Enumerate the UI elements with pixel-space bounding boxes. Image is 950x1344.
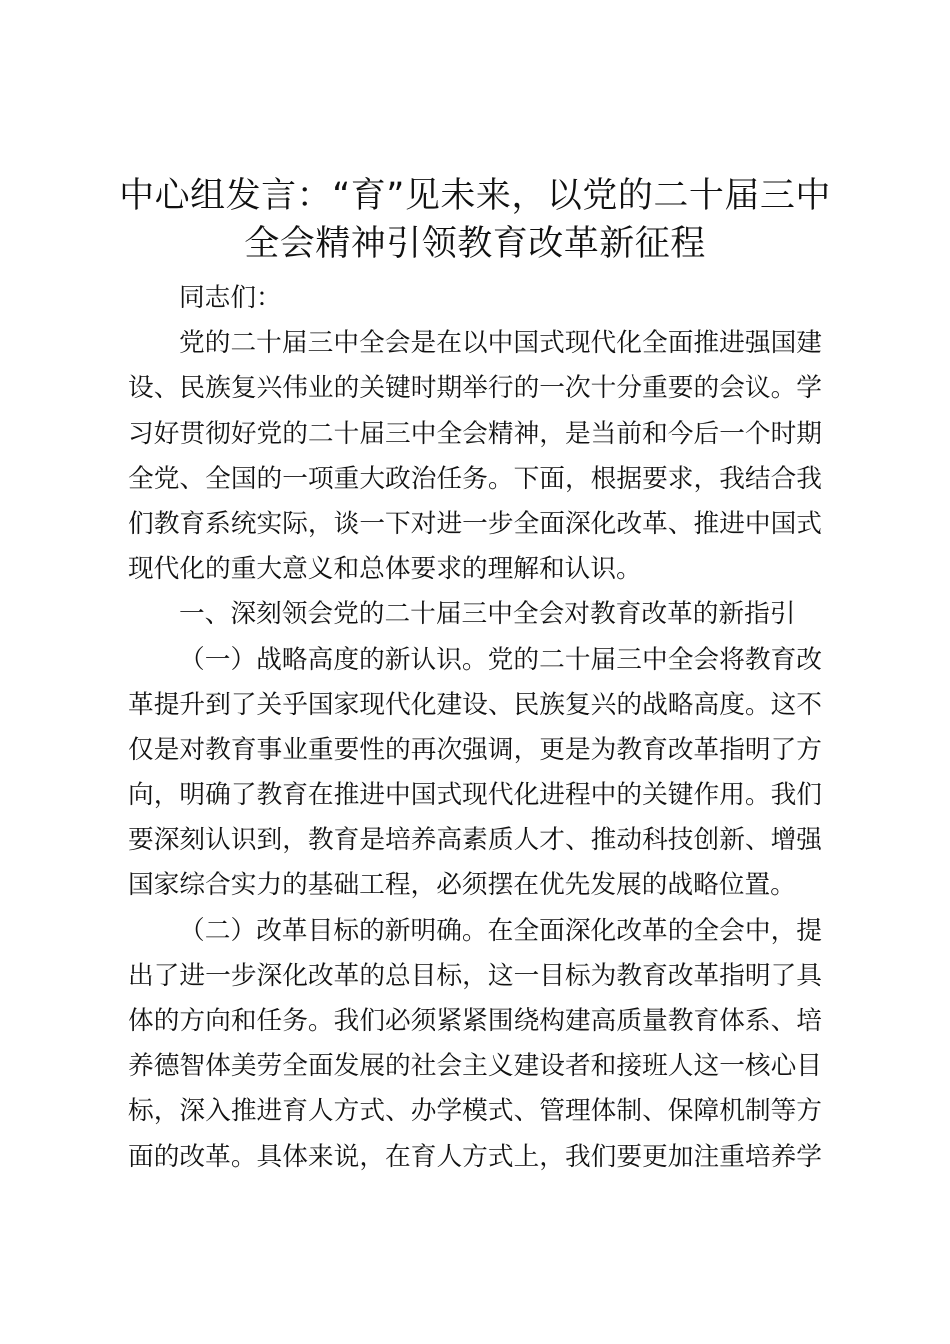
paragraph-line: 设、民族复兴伟业的关键时期举行的一次十分重要的会议。学 <box>128 366 822 411</box>
paragraph-line: 要深刻认识到，教育是培养高素质人才、推动科技创新、增强 <box>128 818 822 863</box>
paragraph-line: （一）战略高度的新认识。党的二十届三中全会将教育改 <box>128 638 822 683</box>
paragraph-line: 体的方向和任务。我们必须紧紧围绕构建高质量教育体系、培 <box>128 999 822 1044</box>
paragraph-line: 出了进一步深化改革的总目标，这一目标为教育改革指明了具 <box>128 954 822 999</box>
title-line-2: 全会精神引领教育改革新征程 <box>100 220 850 268</box>
paragraph-strategic-height: （一）战略高度的新认识。党的二十届三中全会将教育改 革提升到了关乎国家现代化建设… <box>128 638 822 909</box>
paragraph-line: 党的二十届三中全会是在以中国式现代化全面推进强国建 <box>128 321 822 366</box>
title-line-1: 中心组发言：“育”见未来，以党的二十届三中 <box>100 172 850 220</box>
paragraph-line: 面的改革。具体来说，在育人方式上，我们要更加注重培养学 <box>128 1135 822 1180</box>
paragraph-line: 习好贯彻好党的二十届三中全会精神，是当前和今后一个时期 <box>128 412 822 457</box>
salutation: 同志们： <box>128 276 822 321</box>
document-page: 中心组发言：“育”见未来，以党的二十届三中 全会精神引领教育改革新征程 同志们：… <box>0 0 950 1344</box>
document-title: 中心组发言：“育”见未来，以党的二十届三中 全会精神引领教育改革新征程 <box>100 172 850 268</box>
paragraph-line: 革提升到了关乎国家现代化建设、民族复兴的战略高度。这不 <box>128 683 822 728</box>
paragraph-intro: 党的二十届三中全会是在以中国式现代化全面推进强国建 设、民族复兴伟业的关键时期举… <box>128 321 822 592</box>
paragraph-line: 全党、全国的一项重大政治任务。下面，根据要求，我结合我 <box>128 457 822 502</box>
paragraph-line: 仅是对教育事业重要性的再次强调，更是为教育改革指明了方 <box>128 728 822 773</box>
section-heading-1: 一、深刻领会党的二十届三中全会对教育改革的新指引 <box>128 592 822 637</box>
paragraph-line: （二）改革目标的新明确。在全面深化改革的全会中，提 <box>128 909 822 954</box>
paragraph-line: 标，深入推进育人方式、办学模式、管理体制、保障机制等方 <box>128 1089 822 1134</box>
paragraph-line: 们教育系统实际，谈一下对进一步全面深化改革、推进中国式 <box>128 502 822 547</box>
paragraph-line: 现代化的重大意义和总体要求的理解和认识。 <box>128 547 822 592</box>
document-body: 同志们： 党的二十届三中全会是在以中国式现代化全面推进强国建 设、民族复兴伟业的… <box>128 276 822 1180</box>
paragraph-line: 国家综合实力的基础工程，必须摆在优先发展的战略位置。 <box>128 863 822 908</box>
paragraph-reform-goals: （二）改革目标的新明确。在全面深化改革的全会中，提 出了进一步深化改革的总目标，… <box>128 909 822 1180</box>
paragraph-line: 养德智体美劳全面发展的社会主义建设者和接班人这一核心目 <box>128 1044 822 1089</box>
paragraph-line: 向，明确了教育在推进中国式现代化进程中的关键作用。我们 <box>128 773 822 818</box>
